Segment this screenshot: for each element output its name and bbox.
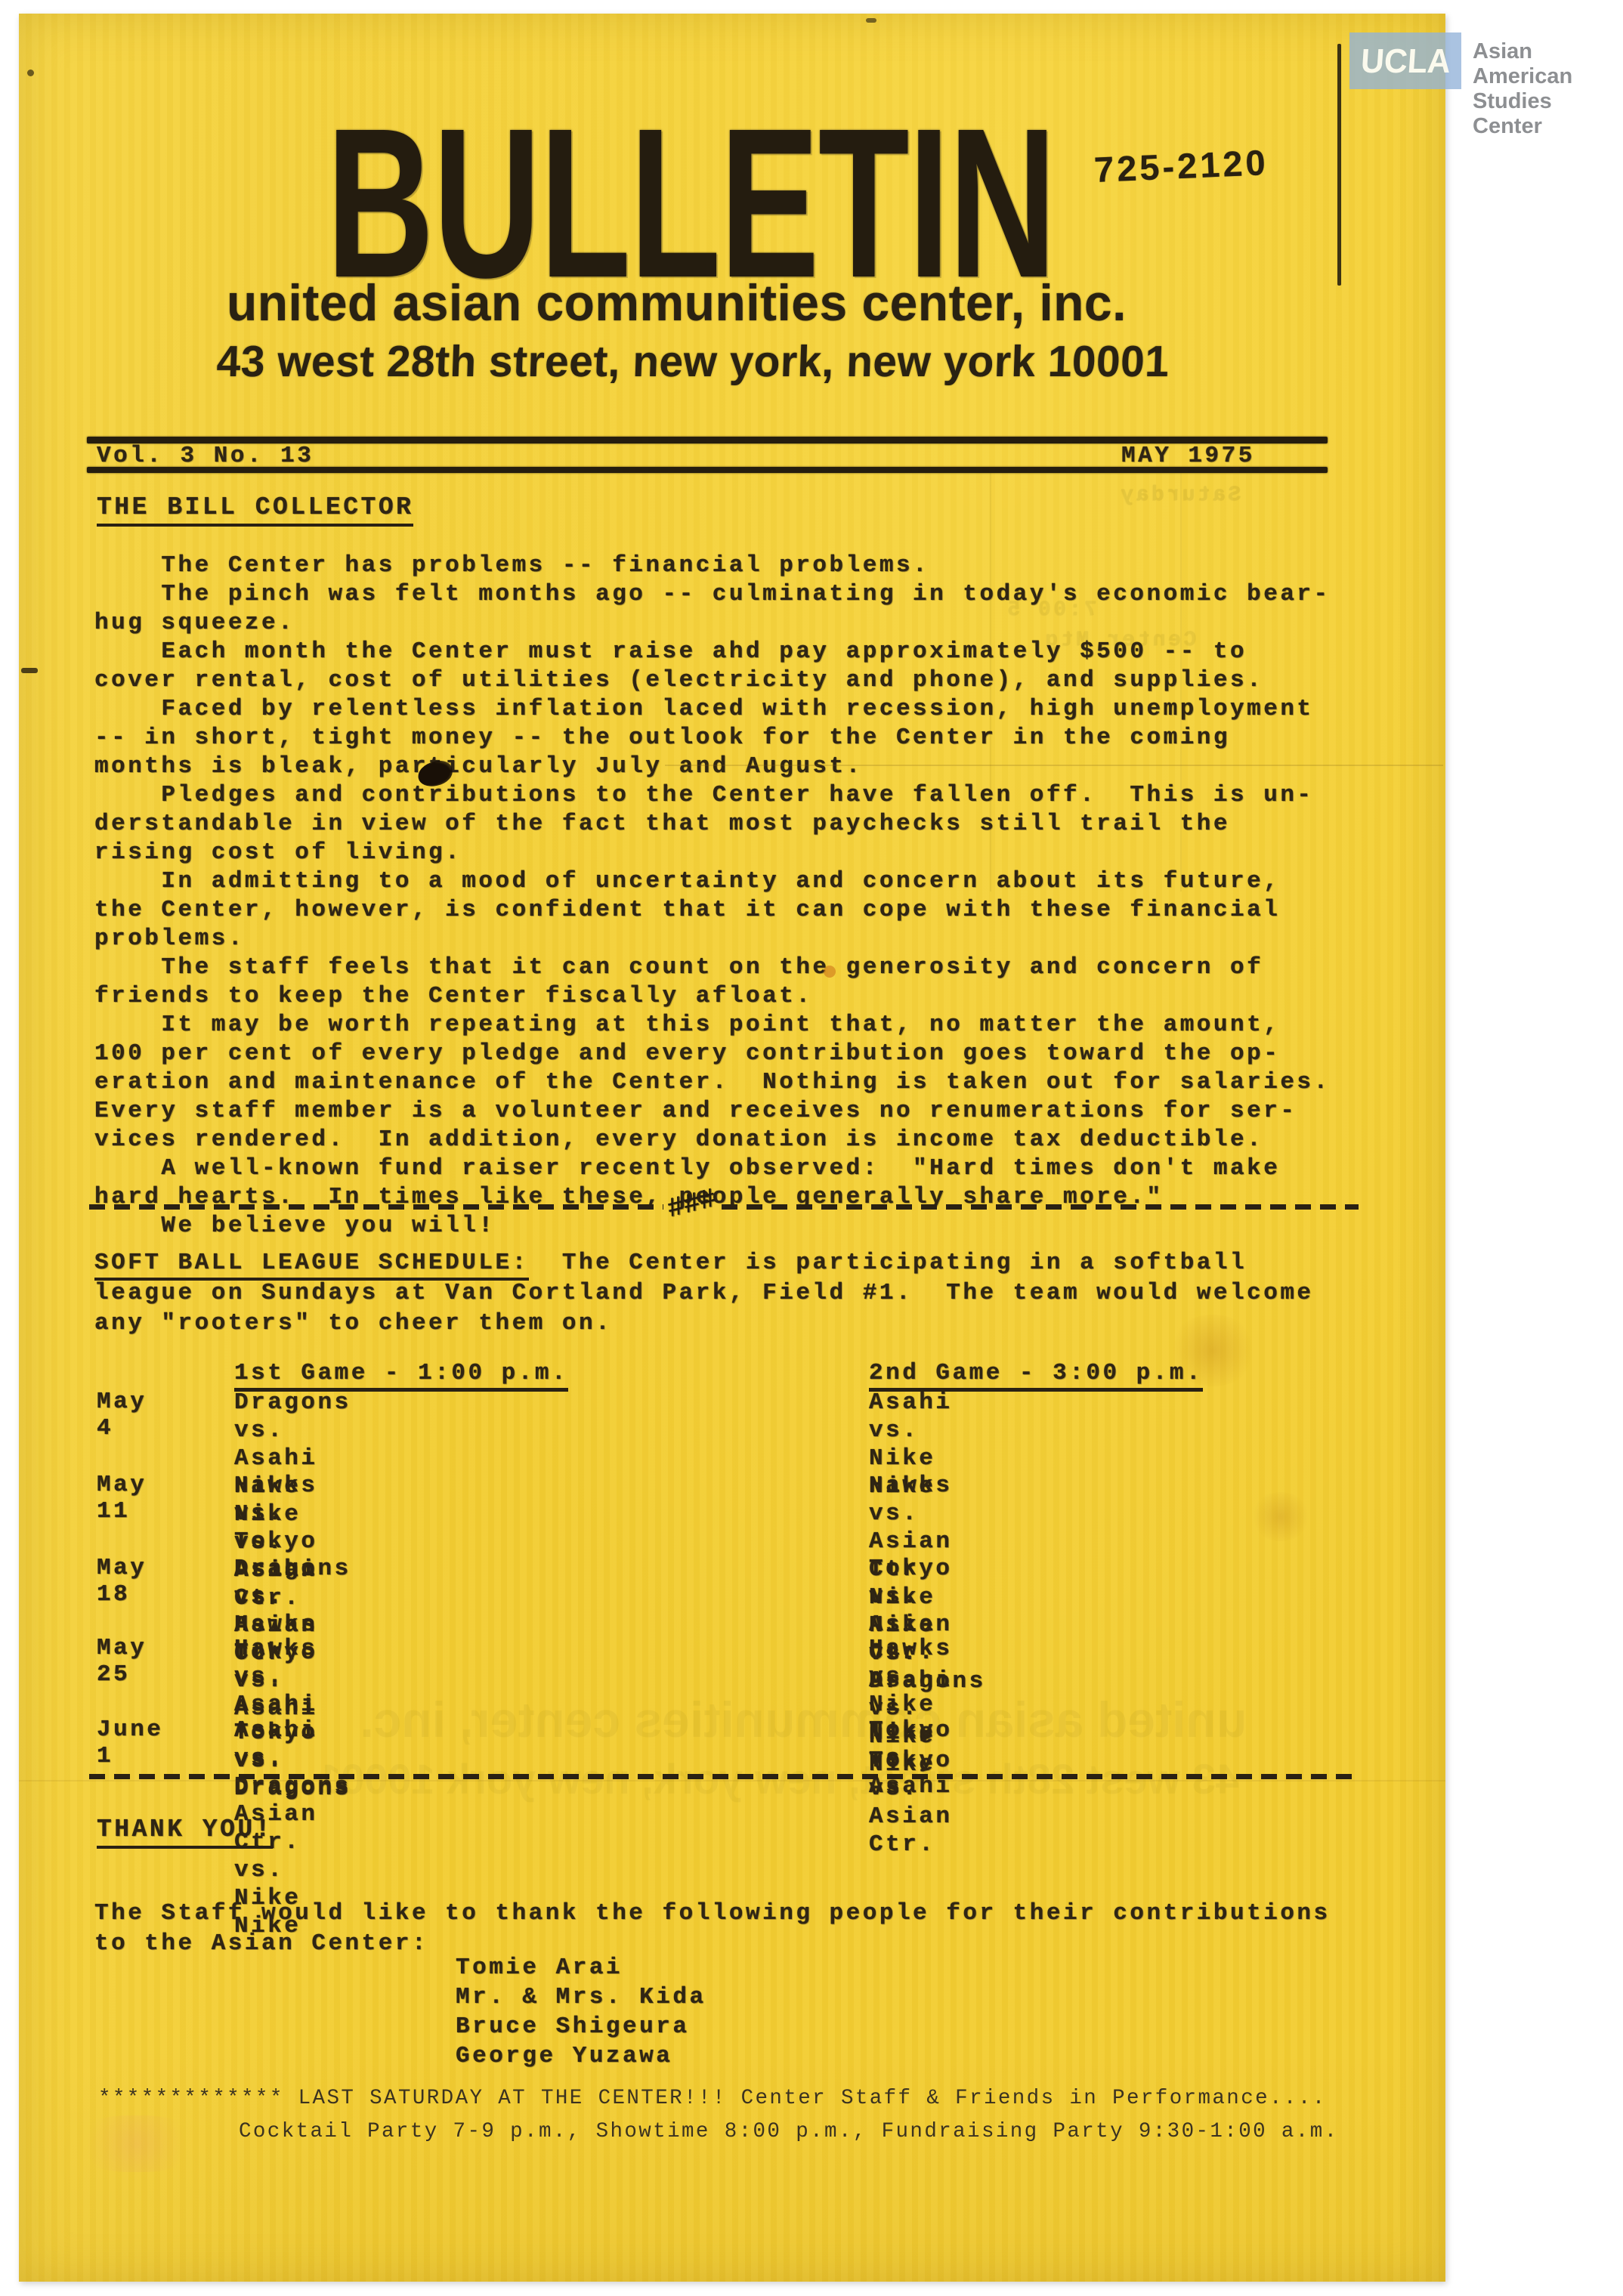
archive-caption-line1: Asian American	[1473, 39, 1623, 89]
schedule-col1-header: 1st Game - 1:00 p.m.	[234, 1360, 568, 1386]
bleed-through-header-ghost: united asian communities center, inc.	[264, 1691, 1247, 1748]
paper-crease	[665, 765, 1443, 766]
scan-speck	[21, 668, 38, 673]
dash-rule	[722, 1204, 1359, 1210]
thanks-paragraph: The Staff would like to thank the follow…	[94, 1899, 1331, 1959]
ucla-logo: UCLA	[1349, 32, 1461, 89]
volume-number: Vol. 3 No. 13	[97, 443, 314, 469]
softball-intro-line2: league on Sundays at Van Cortland Park, …	[94, 1280, 1314, 1306]
ucla-wordmark: UCLA	[1359, 42, 1451, 81]
section-separator	[89, 1774, 1359, 1779]
softball-intro-rest: The Center is participating in a softbal…	[529, 1250, 1247, 1276]
schedule-date: May 11	[97, 1472, 147, 1525]
scanned-bulletin-page: united asian communities center, inc. 43…	[0, 0, 1623, 2296]
phone-number: 725-2120	[1093, 141, 1269, 190]
issue-date: MAY 1975	[1121, 443, 1255, 469]
issue-rule-bottom	[87, 467, 1328, 473]
softball-intro-line3: any "rooters" to cheer them on.	[94, 1310, 612, 1337]
dash-rule	[89, 1774, 1359, 1779]
footer-announcement-line1: ************* LAST SATURDAY AT THE CENTE…	[98, 2087, 1327, 2110]
scan-speck	[27, 70, 34, 76]
bill-collector-body: The Center has problems -- financial pro…	[94, 552, 1331, 1241]
section-heading-bill-collector: THE BILL COLLECTOR	[97, 493, 413, 527]
scan-speck	[866, 18, 876, 23]
section-separator: ###	[89, 1204, 1359, 1210]
archive-caption-line2: Studies Center	[1473, 89, 1623, 139]
softball-section-intro: SOFT BALL LEAGUE SCHEDULE: The Center is…	[94, 1248, 1314, 1339]
schedule-col2-header: 2nd Game - 3:00 p.m.	[869, 1360, 1203, 1386]
second-game-matchups: Tokyo vs. Asahi	[869, 1717, 953, 1800]
schedule-date: May 25	[97, 1635, 147, 1688]
paper-stain	[824, 966, 836, 978]
paper-stain	[1167, 1315, 1258, 1386]
archive-caption: Asian American Studies Center	[1473, 39, 1623, 139]
paper-crease	[19, 1780, 1445, 1781]
dash-rule	[89, 1204, 663, 1210]
schedule-date: May 18	[97, 1555, 147, 1608]
contributor-name-list: Tomie Arai Mr. & Mrs. Kida Bruce Shigeur…	[456, 1953, 706, 2071]
paper-stain	[72, 2115, 200, 2172]
schedule-date: May 4	[97, 1389, 147, 1442]
organization-name: united asian communities center, inc.	[227, 273, 1127, 332]
organization-address: 43 west 28th street, new york, new york …	[216, 336, 1170, 387]
schedule-date: June 1	[97, 1717, 163, 1769]
scan-artifact-vertical-line	[1337, 44, 1341, 286]
section-heading-softball: SOFT BALL LEAGUE SCHEDULE:	[94, 1250, 529, 1281]
section-heading-thank-you: THANK YOU!	[97, 1815, 273, 1849]
footer-announcement-line2: Cocktail Party 7-9 p.m., Showtime 8:00 p…	[239, 2120, 1339, 2143]
paper-stain	[1250, 1492, 1311, 1541]
